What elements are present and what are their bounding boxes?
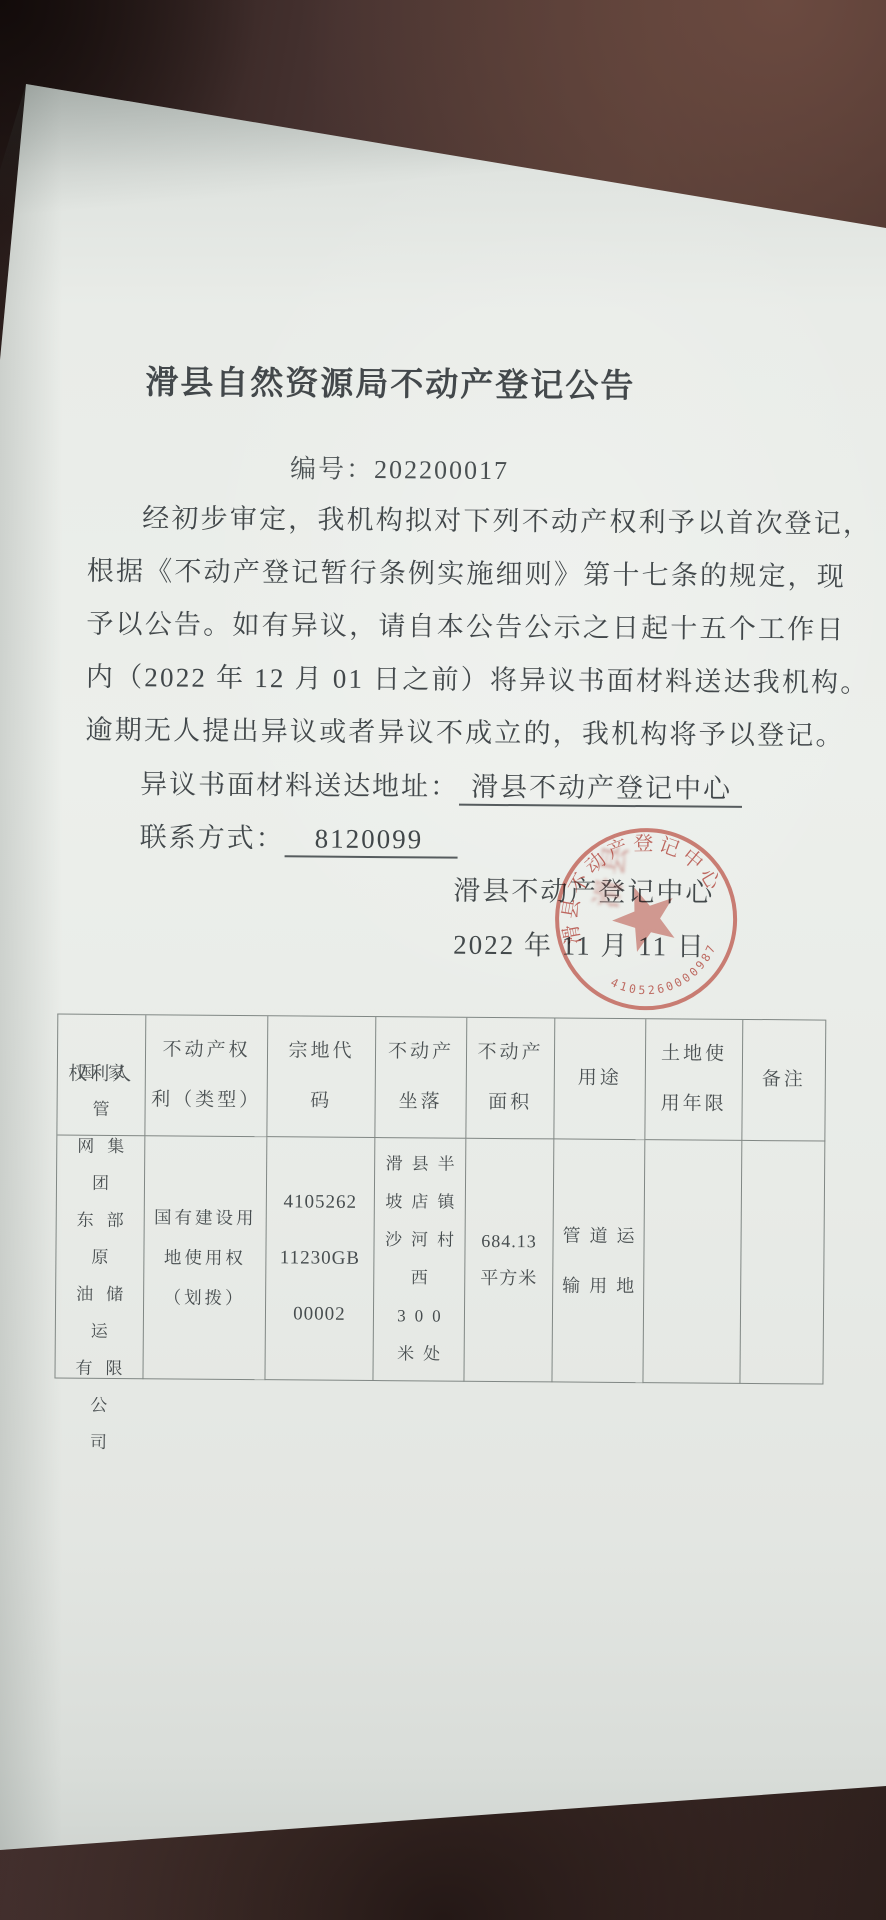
col-header-parcel-code: 宗地代 码 (267, 1016, 376, 1138)
col-header-area: 不动产 面积 (466, 1018, 555, 1140)
paragraph-line: 予以公告。如有异议，请自本公告公示之日起十五个工作日 (86, 598, 806, 657)
official-seal: 滑县不动产登记中心 4105260000987 (521, 794, 771, 1044)
document-number: 编号：202200017 (0, 446, 800, 489)
col-header-land-use-term: 土地使 用年限 (645, 1019, 743, 1141)
cell-usage: 管道运 输用地 (552, 1139, 645, 1383)
paragraph-line: 根据《不动产登记暂行条例实施细则》第十七条的规定，现 (87, 545, 807, 604)
cell-remarks (740, 1141, 825, 1385)
paragraph-line: 经初步审定，我机构拟对下列不动产权利予以首次登记， (87, 492, 807, 551)
contact-line: 联系方式：8120099 (85, 815, 458, 857)
seal-smudge: 滑县 (581, 864, 632, 911)
announcement-paragraph: 经初步审定，我机构拟对下列不动产权利予以首次登记， 根据《不动产登记暂行条例实施… (85, 492, 807, 763)
cell-location: 滑县半 坡店镇 沙河村 西 300 米处 (373, 1138, 466, 1382)
registration-table: 权利人 不动产权 利（类型） 宗地代 码 不动产 坐落 不动产 面积 用途 土地… (54, 1014, 826, 1385)
paragraph-line: 逾期无人提出异议或者异议不成立的，我机构将予以登记。 (85, 704, 805, 763)
cell-land-use-term (643, 1140, 742, 1384)
cell-area: 684.13 平方米 (464, 1139, 554, 1383)
col-header-location: 不动产 坐落 (375, 1017, 467, 1139)
col-header-remarks: 备注 (742, 1020, 826, 1142)
contact-label: 联系方式： (140, 822, 285, 853)
document-content: 滑县自然资源局不动产登记公告 编号：202200017 经初步审定，我机构拟对下… (0, 0, 886, 1920)
seal-serial: 4105260000987 (605, 937, 729, 1013)
document-title: 滑县自然资源局不动产登记公告 (0, 355, 780, 408)
col-header-right-type: 不动产权 利（类型） (145, 1015, 268, 1137)
cell-parcel-code: 4105262 11230GB 00002 (265, 1137, 375, 1381)
seal-arc-text: 滑县不动产登记中心 (533, 807, 728, 951)
col-header-usage: 用途 (554, 1018, 646, 1140)
objection-address-label: 异议书面材料送达地址： (140, 769, 459, 802)
objection-address-line: 异议书面材料送达地址：滑县不动产登记中心 (85, 762, 742, 806)
cell-right-holder: 国家管 网集团 东部原 油储运 有限公 司 (55, 1136, 145, 1380)
paragraph-line: 内（2022 年 12 月 01 日之前）将异议书面材料送达我机构。 (86, 651, 806, 710)
cell-right-type: 国有建设用 地使用权 （划拨） (143, 1136, 267, 1380)
issuer-signature: 滑县不动产登记中心 (0, 865, 882, 911)
contact-value: 8120099 (285, 823, 458, 858)
